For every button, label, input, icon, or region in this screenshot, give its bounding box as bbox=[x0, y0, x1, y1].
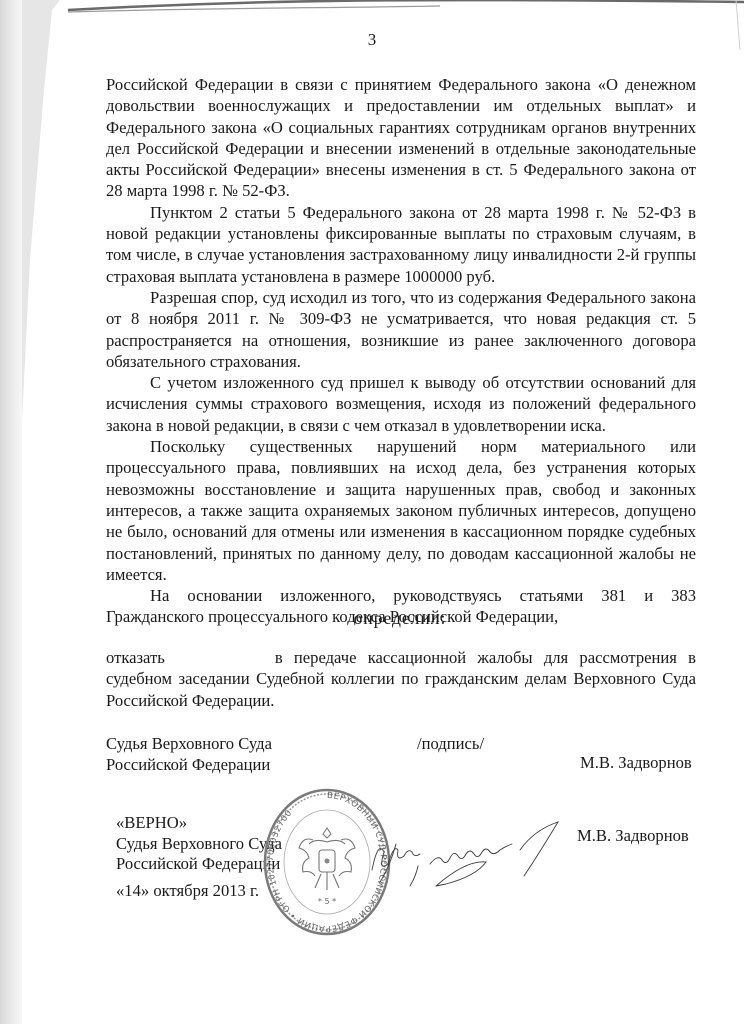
signer-title-line2: Российской Федерации bbox=[106, 754, 270, 775]
decision-heading: определил: bbox=[0, 608, 744, 629]
svg-text:* 5 *: * 5 * bbox=[318, 897, 336, 906]
judge-name: М.В. Задворнов bbox=[580, 752, 692, 773]
signature-placeholder: /подпись/ bbox=[417, 733, 484, 754]
paragraph: Разрешая спор, суд исходил из того, что … bbox=[106, 287, 696, 372]
cert-title-line2: Российской Федерации bbox=[116, 853, 280, 874]
paragraph: Российской Федерации в связи с принятием… bbox=[106, 74, 696, 202]
verified-label: «ВЕРНО» bbox=[116, 812, 187, 833]
cert-judge-name: М.В. Задворнов bbox=[577, 825, 689, 846]
paragraph: Пунктом 2 статьи 5 Федерального закона о… bbox=[106, 202, 696, 287]
paragraph: Поскольку существенных нарушений норм ма… bbox=[106, 436, 696, 585]
signer-title-line1: Судья Верховного Суда bbox=[106, 733, 272, 754]
paragraph: С учетом изложенного суд пришел к выводу… bbox=[106, 372, 696, 436]
decision-text: отказатьв передаче кассационной жалобы д… bbox=[106, 647, 696, 711]
decision-paragraph: отказатьв передаче кассационной жалобы д… bbox=[106, 647, 696, 711]
page-number: 3 bbox=[0, 30, 744, 50]
decision-verb: отказать bbox=[106, 648, 165, 667]
handwritten-signature-icon bbox=[370, 820, 570, 890]
cert-date: «14» октября 2013 г. bbox=[116, 880, 259, 901]
main-text: Российской Федерации в связи с принятием… bbox=[106, 74, 696, 628]
cert-title-line1: Судья Верховного Суда bbox=[116, 833, 282, 854]
decision-body: в передаче кассационной жалобы для рассм… bbox=[106, 648, 696, 710]
document-page: 3 Российской Федерации в связи с приняти… bbox=[0, 0, 744, 1024]
